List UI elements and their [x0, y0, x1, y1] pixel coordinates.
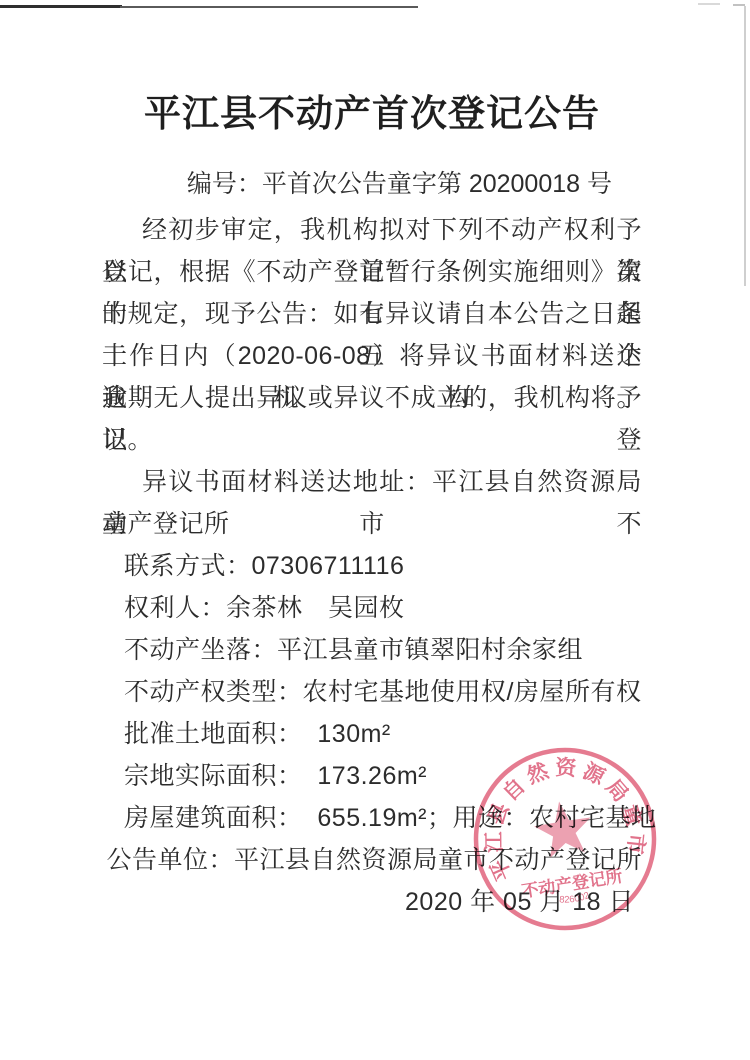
official-seal-stamp: 平江县自然资源局童市 不动产登记所 826002 [468, 744, 662, 934]
objection-address-line: 异议书面材料送达地址：平江县自然资源局童市不 [102, 461, 642, 503]
doc-number: 编号：平首次公告童字第 20200018 号 [102, 167, 642, 201]
contact-line: 联系方式：07306711116 [102, 545, 642, 587]
rights-holder-line: 权利人：余茶林 吴园枚 [102, 587, 642, 629]
paragraph-notice-line: 逾期无人提出异议或异议不成立的，我机构将予以登 [102, 377, 642, 419]
property-location-line: 不动产坐落：平江县童市镇翠阳村余家组 [102, 629, 642, 671]
paragraph-notice-line: 经初步审定，我机构拟对下列不动产权利予以首次 [102, 209, 642, 251]
scan-artifact-top-mark [698, 3, 720, 5]
paragraph-notice-line: 工作日内（2020-06-08）将异议书面材料送达我机构。 [102, 335, 642, 377]
paragraph-notice-line: 的规定，现予公告：如有异议请自本公告之日起十五个 [102, 293, 642, 335]
announcement-page: 平江县不动产首次登记公告 编号：平首次公告童字第 20200018 号 经初步审… [0, 0, 750, 1060]
property-type-line: 不动产权类型：农村宅基地使用权/房屋所有权 [102, 671, 642, 713]
scan-artifact-top-line [120, 6, 418, 8]
scan-artifact-right-line [744, 6, 746, 286]
star-icon [531, 797, 596, 860]
scan-artifact-top-line [0, 5, 122, 8]
scan-artifact-right-tick [733, 4, 745, 6]
paragraph-notice-line: 登记，根据《不动产登记暂行条例实施细则》第十七条 [102, 251, 642, 293]
page-title: 平江县不动产首次登记公告 [102, 90, 642, 140]
